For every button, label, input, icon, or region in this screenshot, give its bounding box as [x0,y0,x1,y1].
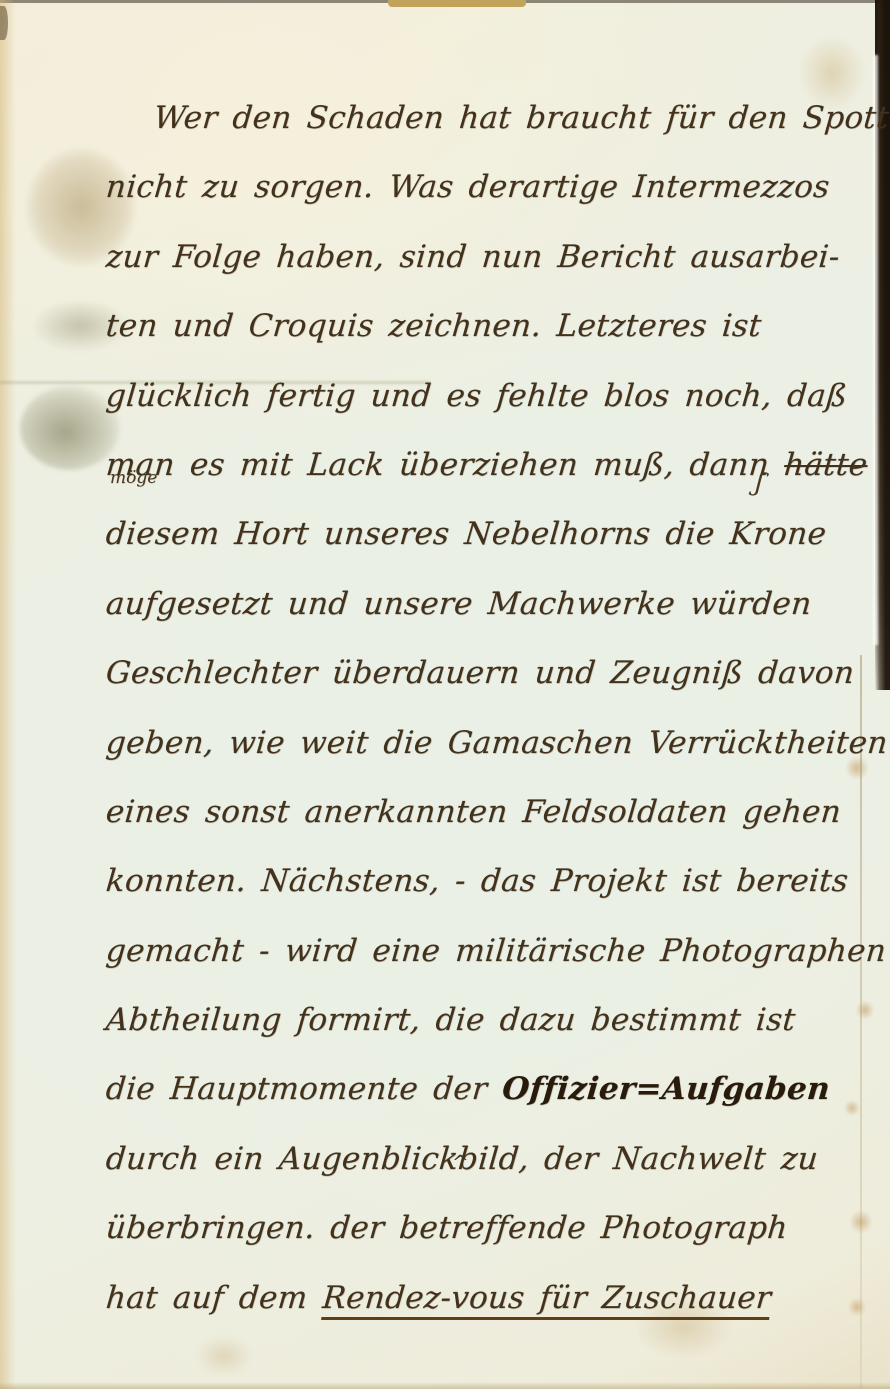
caret-mark: ^ [452,1150,469,1174]
manuscript-text: Wer den Schaden hat braucht für den Spot… [152,100,890,136]
inserted-word: möge [110,468,157,488]
scan-edge-top-tan-patch [388,0,526,7]
manuscript-line-10: geben, wie weit die Gamaschen Verrückthe… [103,709,879,778]
manuscript-line-13: gemacht - wird eine militärische Photogr… [103,917,879,986]
manuscript-text: aufgesetzt und unsere Machwerke würden [104,586,813,622]
stain-bottom-left [196,1336,252,1376]
manuscript-bold-text: Offizier=Aufgaben [501,1071,832,1107]
manuscript-line-5: glücklich fertig und es fehlte blos noch… [103,362,879,431]
manuscript-strike-text: hätte [783,447,869,483]
scan-notch-top-left [0,6,8,40]
manuscript-line-15: die Hauptmomente der Offizier=Aufgaben [103,1055,879,1124]
manuscript-text: konnten. Nächstens, - das Projekt ist be… [104,863,849,899]
manuscript-text: zur Folge haben, sind nun Bericht ausarb… [104,239,841,275]
manuscript-line-9: Geschlechter überdauern und Zeugniß davo… [103,639,879,708]
manuscript-line-16: durch ein Augenblickbild, der Nachwelt z… [103,1125,879,1194]
manuscript-text: gemacht - wird eine militärische Photogr… [104,933,887,969]
manuscript-text: die Hauptmomente der [104,1071,503,1107]
manuscript-text: hat auf dem [104,1280,324,1316]
manuscript-line-1: Wer den Schaden hat braucht für den Spot… [103,84,879,153]
manuscript-line-14: Abtheilung formirt, die dazu bestimmt is… [103,986,879,1055]
manuscript-text: man es mit Lack überziehen muß, dann [104,447,785,483]
paper-edge-bottom [0,1382,890,1389]
manuscript-line-18: hat auf dem Rendez-vous für Zuschauer [103,1264,879,1333]
manuscript-line-11: eines sonst anerkannten Feldsoldaten geh… [103,778,879,847]
manuscript-text: eines sonst anerkannten Feldsoldaten geh… [104,794,842,830]
manuscript-text: nicht zu sorgen. Was derartige Intermezz… [104,169,831,205]
manuscript-page: Wer den Schaden hat braucht für den Spot… [0,0,890,1389]
manuscript-line-6: man es mit Lack überziehen muß, dann hät… [103,431,879,500]
manuscript-underline-text: Rendez-vous für Zuschauer [321,1280,773,1320]
manuscript-line-3: zur Folge haben, sind nun Bericht ausarb… [103,223,879,292]
manuscript-body: Wer den Schaden hat braucht für den Spot… [106,84,876,1333]
manuscript-line-12: konnten. Nächstens, - das Projekt ist be… [103,847,879,916]
manuscript-line-2: nicht zu sorgen. Was derartige Intermezz… [103,153,879,222]
manuscript-line-8: aufgesetzt und unsere Machwerke würden [103,570,879,639]
manuscript-text: geben, wie weit die Gamaschen Verrückthe… [104,725,889,761]
manuscript-text: überbringen. der betreffende Photograph [104,1210,789,1246]
manuscript-text: ten und Croquis zeichnen. Letzteres ist [104,308,762,344]
manuscript-text: glücklich fertig und es fehlte blos noch… [104,378,848,414]
manuscript-line-4: ten und Croquis zeichnen. Letzteres ist [103,292,879,361]
paper-edge-left [0,0,16,1389]
manuscript-text: Abtheilung formirt, die dazu bestimmt is… [104,1002,796,1038]
manuscript-text: Geschlechter überdauern und Zeugniß davo… [104,655,855,691]
manuscript-line-17: überbringen. der betreffende Photograph [103,1194,879,1263]
manuscript-line-7: diesem Hort unseres Nebelhorns die Krone [103,500,879,569]
manuscript-text: diesem Hort unseres Nebelhorns die Krone [104,516,827,552]
